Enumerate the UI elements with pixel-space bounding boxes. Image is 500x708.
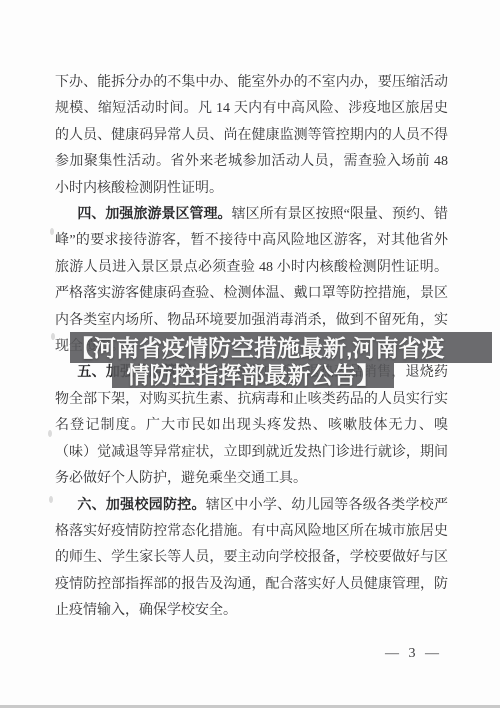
- page-number: — 3 —: [385, 646, 442, 662]
- watermark-banner-line1: 【河南省疫情防空措施最新,河南省疫: [70, 332, 492, 363]
- paragraph-text: 辖区中小学、幼儿园等各级各类学校严格落实好疫情防控常态化措施。有中高风险地区所在…: [55, 498, 448, 619]
- document-paragraph: 下办、能拆分办的不集中办、能室外办的不室内办，要压缩活动规模、缩短活动时间。凡 …: [55, 70, 448, 202]
- scan-artifact: [51, 333, 55, 340]
- scan-artifact: [50, 228, 54, 235]
- paragraph-heading: 六、加强校园防控。: [77, 498, 205, 513]
- document-paragraph: 六、加强校园防控。辖区中小学、幼儿园等各级各类学校严格落实好疫情防控常态化措施。…: [55, 493, 448, 625]
- scan-artifact: [48, 430, 52, 437]
- paragraph-text: 下办、能拆分办的不集中办、能室外办的不室内办，要压缩活动规模、缩短活动时间。凡 …: [55, 75, 448, 196]
- scan-artifact: [49, 496, 53, 503]
- watermark-banner-line2: 情防控指挥部最新公告】: [112, 363, 394, 388]
- paragraph-heading: 四、加强旅游景区管理。: [77, 207, 231, 222]
